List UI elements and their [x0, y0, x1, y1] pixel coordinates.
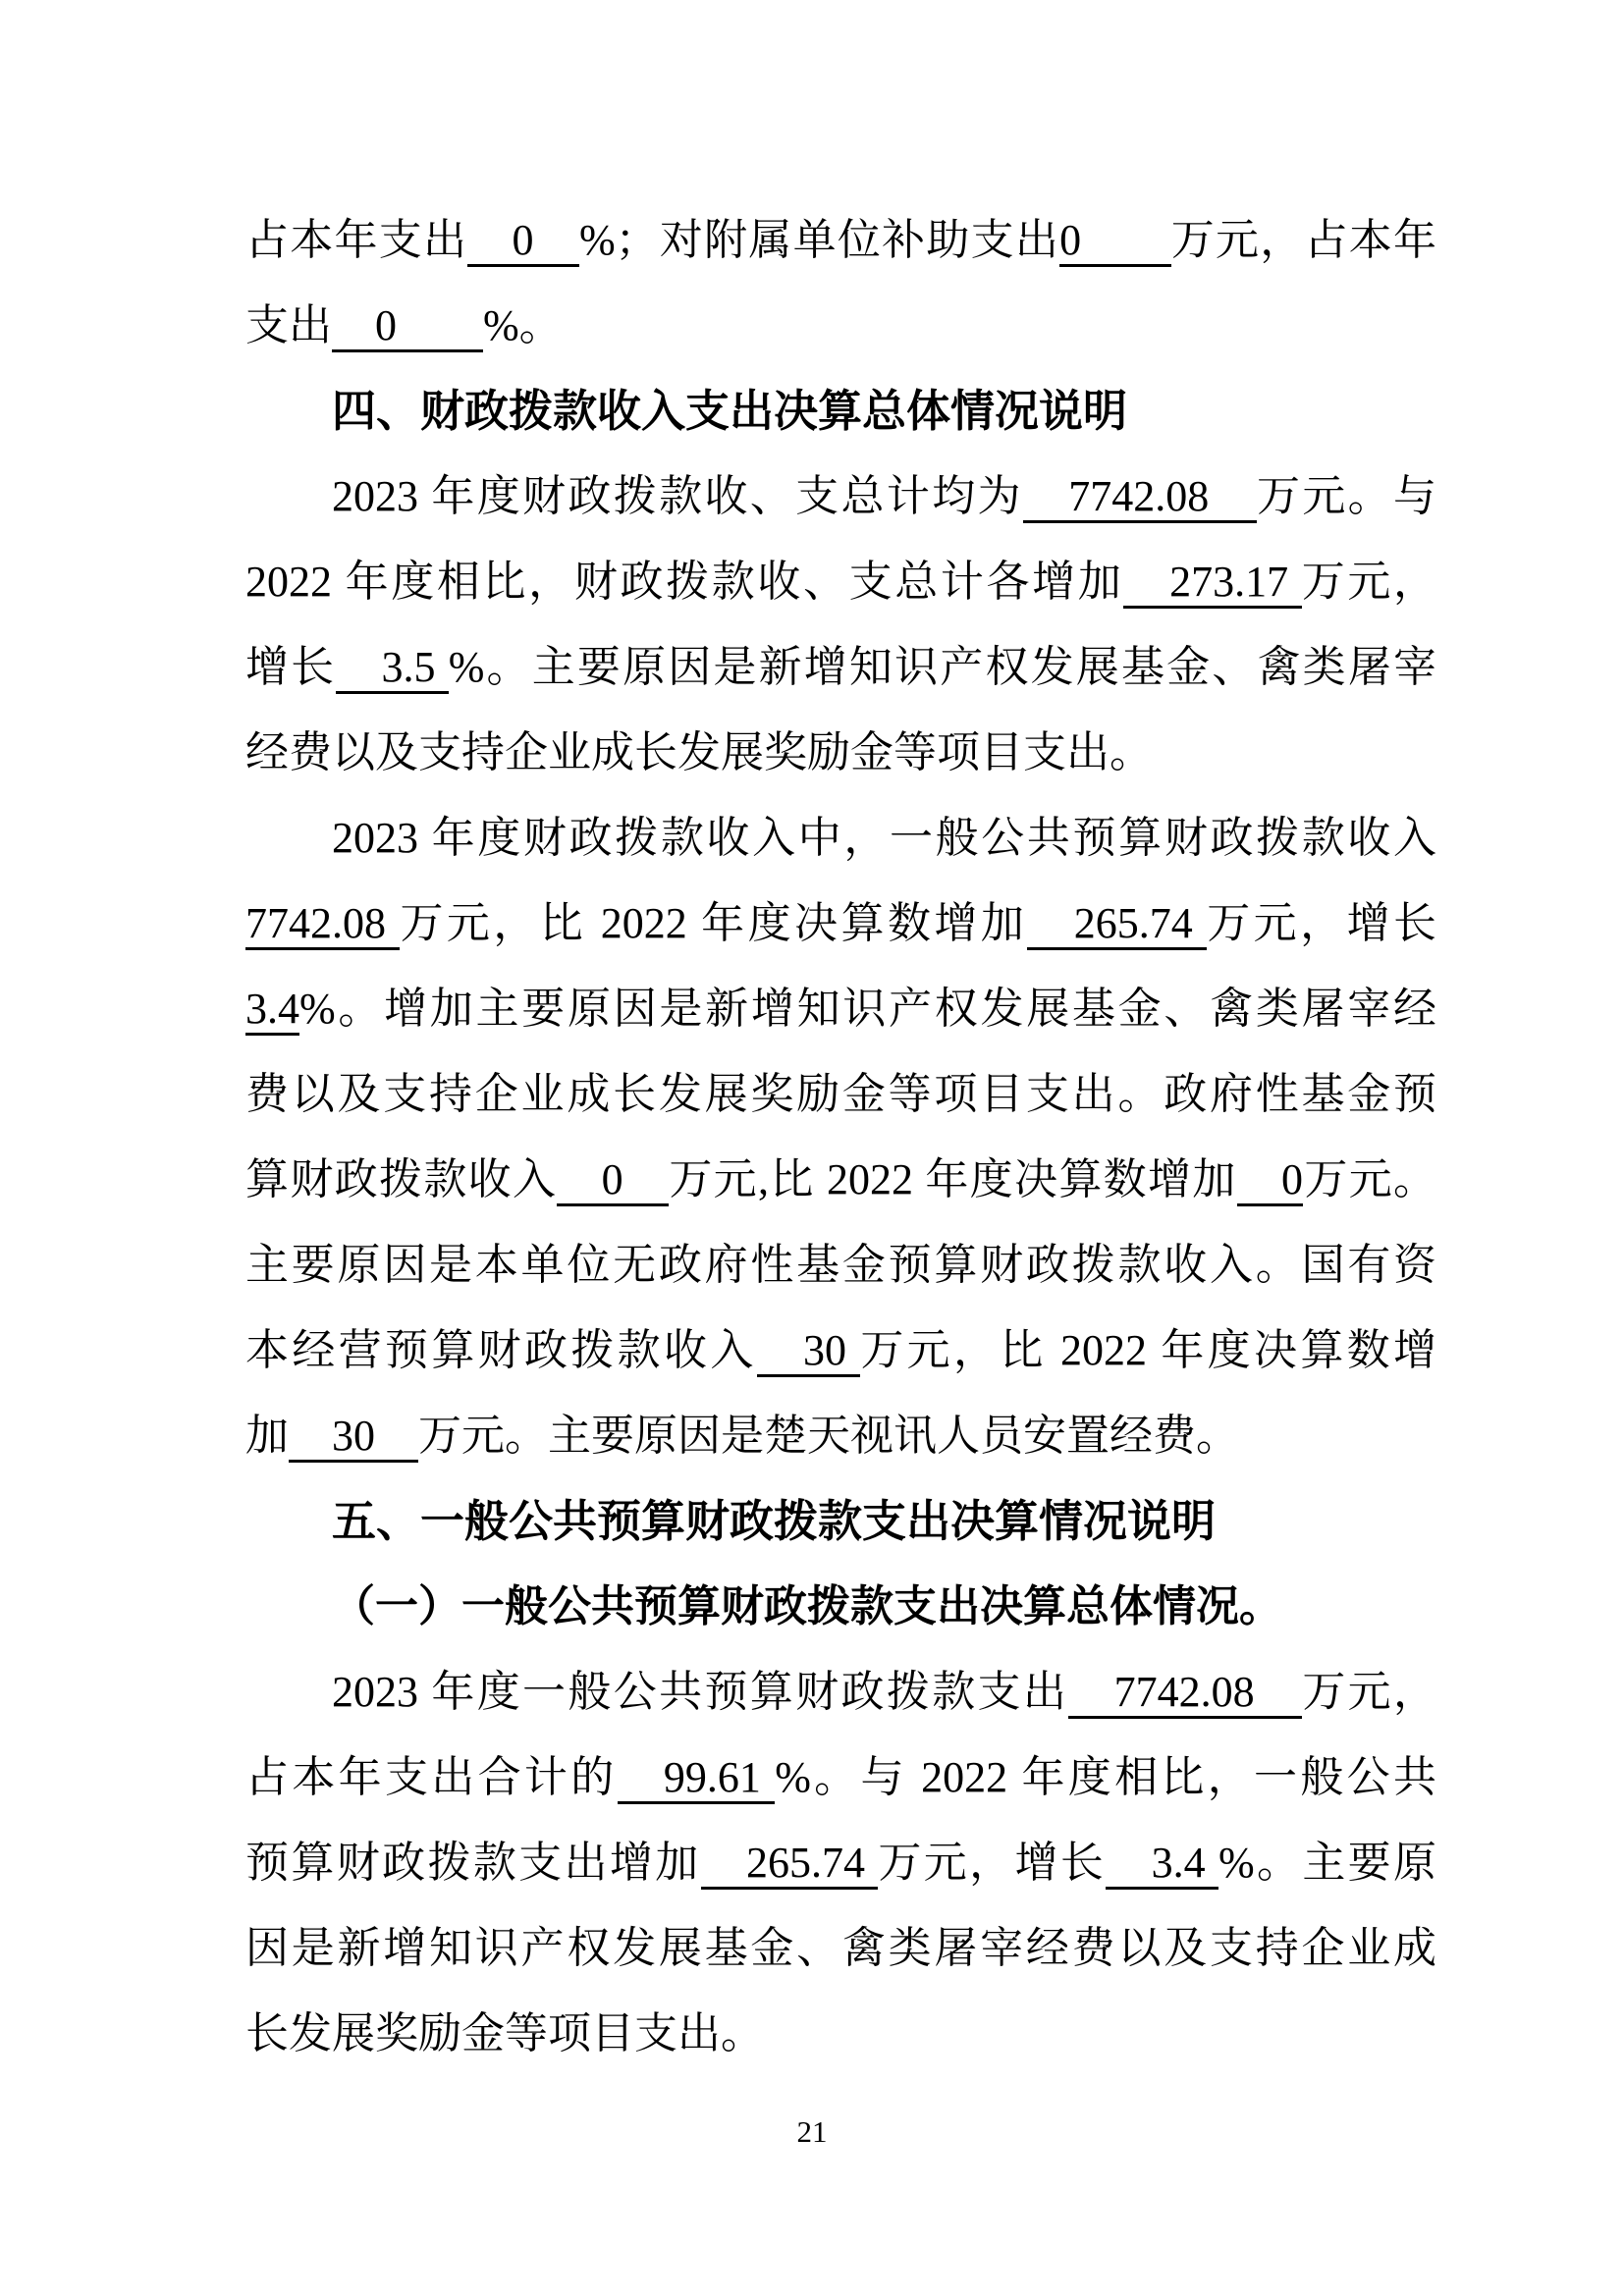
text-run: 万元，增长 [1207, 899, 1436, 947]
document-body: 占本年支出 0 %；对附属单位补助支出0 万元，占本年支出 0 %。四、财政拨款… [245, 197, 1436, 2076]
line-14: 本经营预算财政拨款收入 30 万元，比 2022 年度决算数增 [245, 1308, 1436, 1393]
underlined-value: 0 [332, 301, 483, 352]
underlined-value: 0 [557, 1155, 669, 1206]
line-21: 因是新增知识产权发展基金、禽类屠宰经费以及支持企业成 [245, 1905, 1436, 1991]
text-run: 四、财政拨款收入支出决算总体情况说明 [332, 386, 1127, 436]
text-run: 占本年支出合计的 [245, 1753, 618, 1801]
page-number: 21 [797, 2114, 828, 2149]
line-19: 占本年支出合计的 99.61 %。与 2022 年度相比，一般公共 [245, 1735, 1436, 1820]
line-15: 加 30 万元。主要原因是楚天视讯人员安置经费。 [245, 1393, 1436, 1478]
text-run: %。主要原 [1218, 1839, 1436, 1887]
line-8: 2023 年度财政拨款收入中，一般公共预算财政拨款收入 [245, 795, 1436, 881]
underlined-value: 265.74 [1027, 899, 1207, 950]
line-12: 算财政拨款收入 0 万元,比 2022 年度决算数增加 0万元。 [245, 1137, 1436, 1222]
underlined-value: 7742.08 [1068, 1668, 1302, 1719]
heading-4: 四、财政拨款收入支出决算总体情况说明 [245, 368, 1436, 454]
text-run: 万元,比 2022 年度决算数增加 [669, 1155, 1236, 1203]
text-run: （一）一般公共预算财政拨款支出决算总体情况。 [332, 1582, 1282, 1630]
text-run: 长发展奖励金等项目支出。 [245, 2009, 764, 2057]
line-7: 经费以及支持企业成长发展奖励金等项目支出。 [245, 710, 1436, 795]
line-9: 7742.08 万元，比 2022 年度决算数增加 265.74 万元，增长 [245, 881, 1436, 966]
text-run: 2023 年度财政拨款收、支总计均为 [332, 472, 1023, 520]
text-run: 占本年支出 [245, 216, 467, 264]
line-5: 2022 年度相比，财政拨款收、支总计各增加 273.17 万元， [245, 539, 1436, 624]
line-13: 主要原因是本单位无政府性基金预算财政拨款收入。国有资 [245, 1222, 1436, 1308]
underlined-value: 0 [467, 216, 579, 267]
text-run: %。 [483, 301, 563, 349]
underlined-value: 30 [289, 1412, 418, 1463]
text-run: 主要原因是本单位无政府性基金预算财政拨款收入。国有资 [245, 1241, 1436, 1289]
text-run: 万元，比 2022 年度决算数增 [860, 1326, 1436, 1374]
text-run: 五、一般公共预算财政拨款支出决算情况说明 [332, 1496, 1216, 1546]
line-22: 长发展奖励金等项目支出。 [245, 1991, 1436, 2076]
line-20: 预算财政拨款支出增加 265.74 万元，增长 3.4 %。主要原 [245, 1820, 1436, 1905]
underlined-value: 0 [1237, 1155, 1303, 1206]
underlined-value: 99.61 [618, 1753, 776, 1804]
text-run: %。增加主要原因是新增知识产权发展基金、禽类屠宰经 [299, 985, 1436, 1033]
underlined-value: 0 [1059, 216, 1171, 267]
line-10: 3.4%。增加主要原因是新增知识产权发展基金、禽类屠宰经 [245, 966, 1436, 1051]
text-run: 本经营预算财政拨款收入 [245, 1326, 757, 1374]
text-run: 万元。主要原因是楚天视讯人员安置经费。 [418, 1412, 1239, 1460]
text-run: %。与 2022 年度相比，一般公共 [775, 1753, 1436, 1801]
line-18: 2023 年度一般公共预算财政拨款支出 7742.08 万元， [245, 1649, 1436, 1735]
subheading-5-1: （一）一般公共预算财政拨款支出决算总体情况。 [245, 1564, 1436, 1649]
text-run: %；对附属单位补助支出 [579, 216, 1059, 264]
text-run: 算财政拨款收入 [245, 1155, 557, 1203]
text-run: 万元。与 [1257, 472, 1436, 520]
text-run: 因是新增知识产权发展基金、禽类屠宰经费以及支持企业成 [245, 1924, 1436, 1972]
page-footer: 21 [0, 2110, 1624, 2154]
underlined-value: 3.4 [245, 985, 299, 1036]
underlined-value: 3.4 [1106, 1839, 1218, 1890]
text-run: 经费以及支持企业成长发展奖励金等项目支出。 [245, 728, 1153, 776]
line-4: 2023 年度财政拨款收、支总计均为 7742.08 万元。与 [245, 454, 1436, 539]
text-run: 2022 年度相比，财政拨款收、支总计各增加 [245, 558, 1123, 606]
text-run: 2023 年度财政拨款收入中，一般公共预算财政拨款收入 [332, 814, 1436, 862]
text-run: 万元。 [1303, 1155, 1436, 1203]
text-run: 增长 [245, 643, 336, 691]
text-run: 万元， [1302, 558, 1436, 606]
text-run: 支出 [245, 301, 332, 349]
underlined-value: 3.5 [336, 643, 448, 694]
text-run: 万元，增长 [878, 1839, 1106, 1887]
underlined-value: 30 [757, 1326, 861, 1377]
page: { "footer": { "page_number": "21" }, "do… [0, 0, 1624, 2296]
text-run: 万元， [1302, 1668, 1436, 1716]
heading-5: 五、一般公共预算财政拨款支出决算情况说明 [245, 1478, 1436, 1564]
underlined-value: 265.74 [701, 1839, 879, 1890]
line-11: 费以及支持企业成长发展奖励金等项目支出。政府性基金预 [245, 1051, 1436, 1137]
text-run: 费以及支持企业成长发展奖励金等项目支出。政府性基金预 [245, 1070, 1436, 1118]
underlined-value: 7742.08 [1023, 472, 1257, 523]
text-run: 万元，占本年 [1171, 216, 1436, 264]
text-run: 加 [245, 1412, 289, 1460]
underlined-value: 7742.08 [245, 899, 400, 950]
text-run: 预算财政拨款支出增加 [245, 1839, 701, 1887]
line-6: 增长 3.5 %。主要原因是新增知识产权发展基金、禽类屠宰 [245, 624, 1436, 710]
text-run: 万元，比 2022 年度决算数增加 [400, 899, 1027, 947]
line-1: 占本年支出 0 %；对附属单位补助支出0 万元，占本年 [245, 197, 1436, 283]
text-run: %。主要原因是新增知识产权发展基金、禽类屠宰 [449, 643, 1436, 691]
underlined-value: 273.17 [1123, 558, 1301, 609]
text-run: 2023 年度一般公共预算财政拨款支出 [332, 1668, 1068, 1716]
line-2: 支出 0 %。 [245, 283, 1436, 368]
